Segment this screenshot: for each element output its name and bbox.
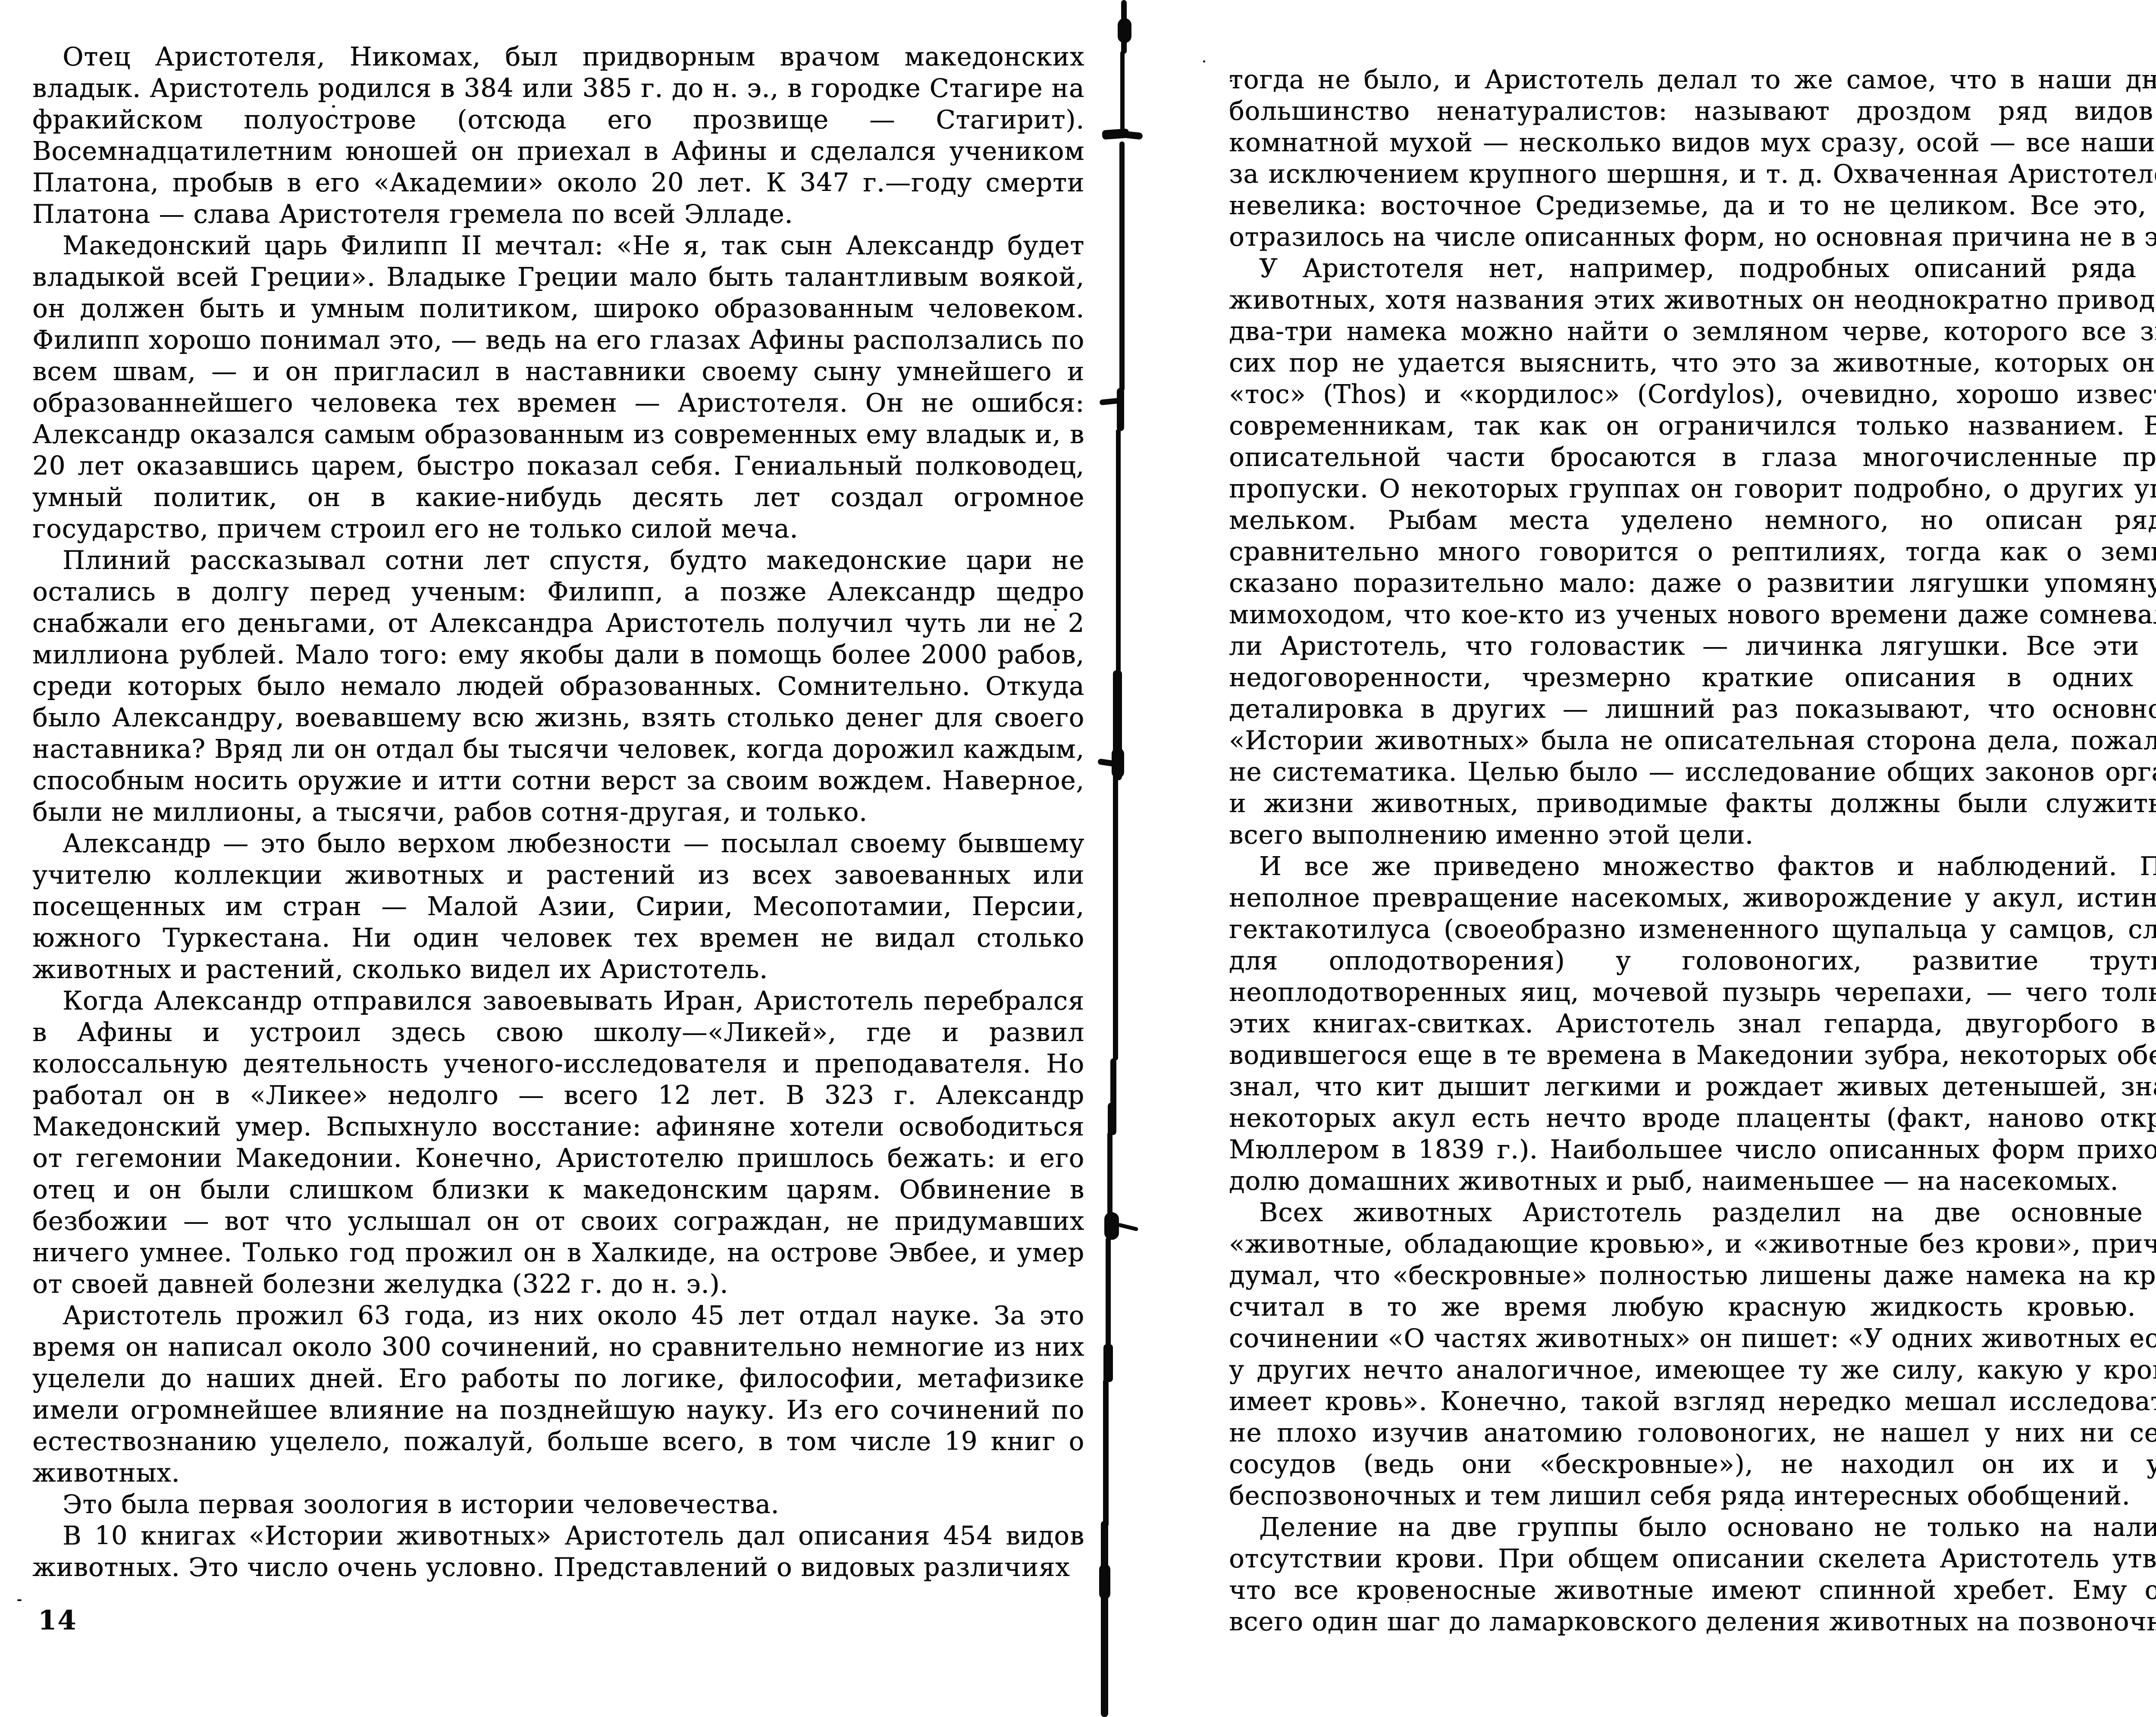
paragraph: У Аристотеля нет, например, подробных оп… <box>1229 253 2156 851</box>
paragraph: Александр — это было верхом любезности —… <box>32 828 1084 985</box>
left-page-text: Отец Аристотеля, Никомах, был придворным… <box>32 41 1084 1583</box>
paragraph: Отец Аристотеля, Никомах, был придворным… <box>32 41 1084 230</box>
paragraph: Плиний рассказывал сотни лет спустя, буд… <box>32 544 1084 828</box>
paragraph: Всех животных Аристотель разделил на две… <box>1229 1197 2156 1511</box>
paragraph: Деление на две группы было основано не т… <box>1229 1511 2156 1637</box>
right-page-text: тогда не было, и Аристотель делал то же … <box>1229 64 2156 1637</box>
book-spread: Отец Аристотеля, Никомах, был придворным… <box>0 0 2156 1717</box>
paragraph: В 10 книгах «Истории животных» Аристотел… <box>32 1520 1084 1583</box>
paragraph: Македонский царь Филипп II мечтал: «Не я… <box>32 230 1084 544</box>
paragraph: И все же приведено множество фактов и на… <box>1229 851 2156 1197</box>
paragraph: Аристотель прожил 63 года, из них около … <box>32 1300 1084 1489</box>
paragraph: Это была первая зоология в истории челов… <box>32 1489 1084 1520</box>
paragraph: Когда Александр отправился завоевывать И… <box>32 985 1084 1300</box>
page-number-left: 14 <box>38 1604 77 1636</box>
paragraph: тогда не было, и Аристотель делал то же … <box>1229 64 2156 253</box>
